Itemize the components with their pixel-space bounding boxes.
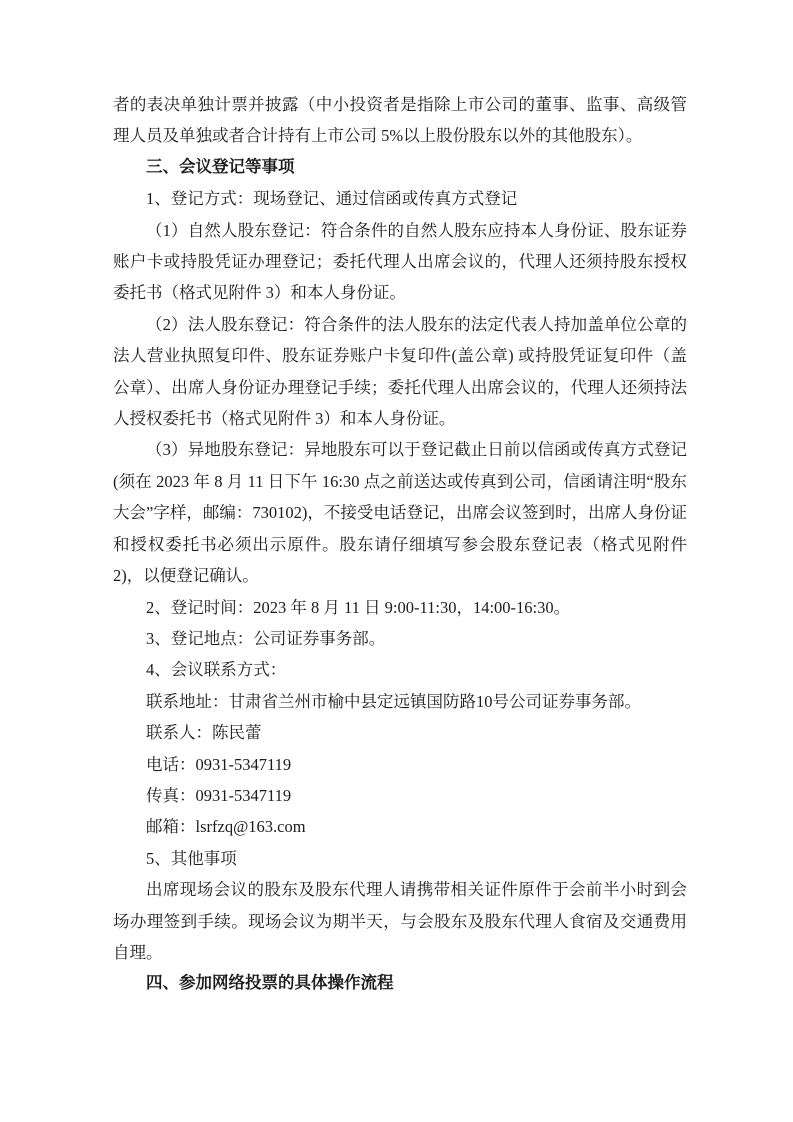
heading-section-3-meeting-registration: 三、会议登记等事项: [113, 152, 687, 183]
para-vote-count-continuation: 者的表决单独计票并披露（中小投资者是指除上市公司的董事、监事、高级管理人员及单独…: [113, 89, 687, 152]
para-registration-place: 3、登记地点：公司证券事务部。: [113, 623, 687, 654]
para-meeting-contact-heading: 4、会议联系方式：: [113, 654, 687, 685]
para-registration-method: 1、登记方式：现场登记、通过信函或传真方式登记: [113, 183, 687, 214]
para-registration-time: 2、登记时间：2023 年 8 月 11 日 9:00-11:30，14:00-…: [113, 592, 687, 623]
para-other-matters-heading: 5、其他事项: [113, 843, 687, 874]
para-contact-address: 联系地址：甘肃省兰州市榆中县定远镇国防路10号公司证券事务部。: [113, 686, 687, 717]
para-natural-person-registration: （1）自然人股东登记：符合条件的自然人股东应持本人身份证、股东证券账户卡或持股凭…: [113, 215, 687, 309]
para-legal-person-registration: （2）法人股东登记：符合条件的法人股东的法定代表人持加盖单位公章的法人营业执照复…: [113, 309, 687, 435]
para-remote-shareholder-registration: （3）异地股东登记：异地股东可以于登记截止日前以信函或传真方式登记(须在 202…: [113, 434, 687, 591]
para-contact-email: 邮箱：lsrfzq@163.com: [113, 811, 687, 842]
para-contact-phone: 电话：0931-5347119: [113, 749, 687, 780]
para-contact-person: 联系人：陈民蕾: [113, 717, 687, 748]
heading-section-4-online-voting: 四、参加网络投票的具体操作流程: [113, 968, 687, 999]
para-contact-fax: 传真：0931-5347119: [113, 780, 687, 811]
document-page: 者的表决单独计票并披露（中小投资者是指除上市公司的董事、监事、高级管理人员及单独…: [0, 0, 793, 1122]
para-attendance-notes: 出席现场会议的股东及股东代理人请携带相关证件原件于会前半小时到会场办理签到手续。…: [113, 874, 687, 968]
